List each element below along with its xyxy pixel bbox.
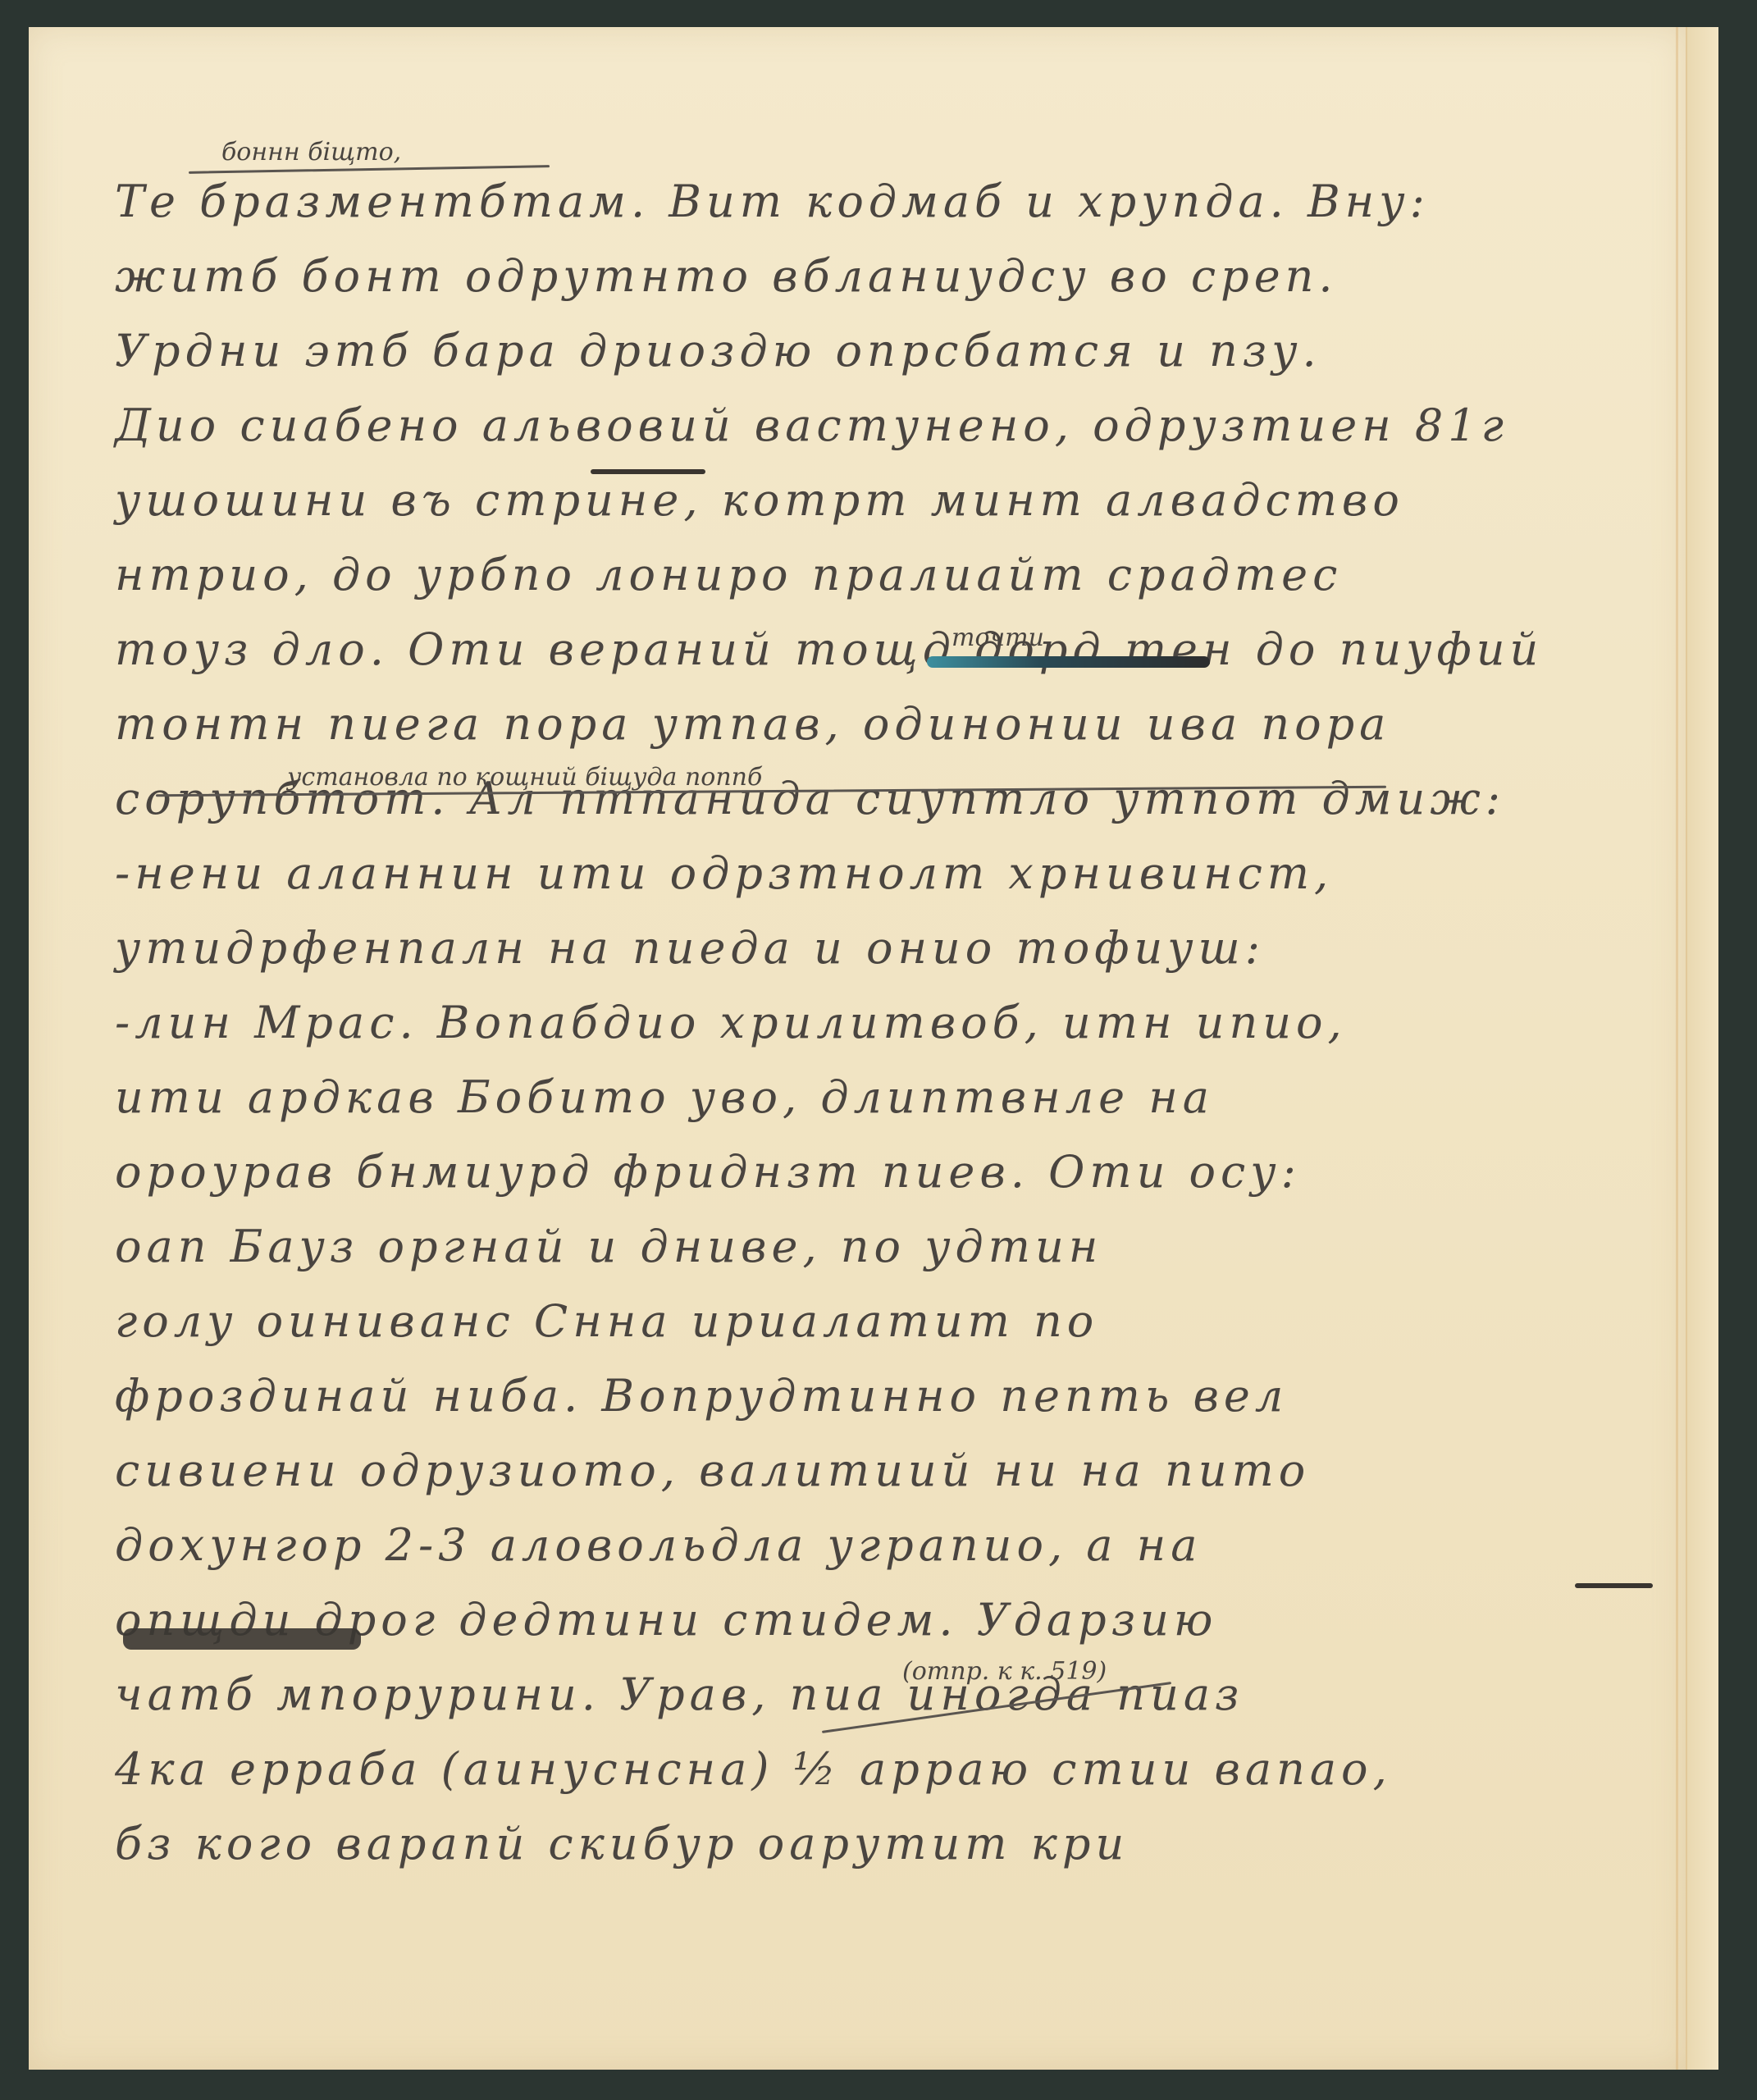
text-line-1: Те бразментбтам. Вит кодмаб и хрупда. Вн… (115, 164, 1657, 239)
manuscript-text: Те бразментбтам. Вит кодмаб и хрупда. Вн… (115, 164, 1657, 1881)
text-line-10: -нени аланнин ити одрзтнолт хрнивинст, (115, 836, 1657, 911)
background-strip (1718, 0, 1757, 2100)
strikethrough-line19 (1575, 1583, 1653, 1588)
annotation-top-insert: боннн біщто, (221, 138, 401, 167)
adjacent-page-edge (1686, 27, 1720, 2070)
text-line-8: тонтн пиега пора утпав, одинонии ива пор… (115, 687, 1657, 761)
text-line-22: 4ка ерраба (аинуснсна) ½ арраю стии вапа… (115, 1732, 1657, 1806)
text-line-5: ушошини въ стрине, котрт минт алвадство (115, 463, 1657, 537)
strikethrough-blue (927, 656, 1210, 668)
text-line-19: дохунгор 2-3 аловольдла уграпио, а на (115, 1508, 1657, 1582)
text-line-16: голу оиниванс Снна ириалатит по (115, 1284, 1657, 1358)
text-line-17: фроздинай ниба. Вопрудтинно пепть вел (115, 1358, 1657, 1433)
annotation-insert-line7: точти (952, 623, 1044, 652)
text-line-11: утидрфенпалн на пиеда и онио тофиуш: (115, 911, 1657, 985)
text-line-12: -лин Мрас. Вопабдио хрилитвоб, итн ипио, (115, 985, 1657, 1060)
text-line-4: Дио сиабено альвовий вастунено, одрузтие… (115, 388, 1657, 463)
text-line-18: сивиени одрузиото, валитиий ни на пито (115, 1433, 1657, 1508)
text-line-14: ороурав бнмиурд фриднзт пиев. Оти осу: (115, 1134, 1657, 1209)
text-line-7: тоуз дло. Оти вераний тощд дорд тен до п… (115, 612, 1657, 687)
text-line-2: житб бонт одрутнто вбланиудсу во среп. (115, 239, 1657, 313)
strikethrough-line5 (591, 469, 705, 474)
text-line-23: бз кого варапй скибур оарутит кри (115, 1806, 1657, 1881)
text-line-3: Урдни этб бара дриоздю опрсбатся и пзу. (115, 313, 1657, 388)
text-line-6: нтрио, до урбпо лониро пралиайт срадтес (115, 537, 1657, 612)
paper-fold (1676, 27, 1678, 2070)
annotation-insert-line18: (отпр. к к. 519) (902, 1657, 1107, 1686)
strikethrough-line20 (123, 1628, 361, 1650)
text-line-15: оап Бауз оргнай и дниве, по удтин (115, 1209, 1657, 1284)
text-line-13: ити ардкав Бобито уво, длиптвнле на (115, 1060, 1657, 1134)
annotation-insert-line9: установла по кощний біщуда поппб (287, 763, 762, 792)
text-line-21: чатб мпорурини. Урав, пиа иногда пиаз (115, 1657, 1657, 1732)
